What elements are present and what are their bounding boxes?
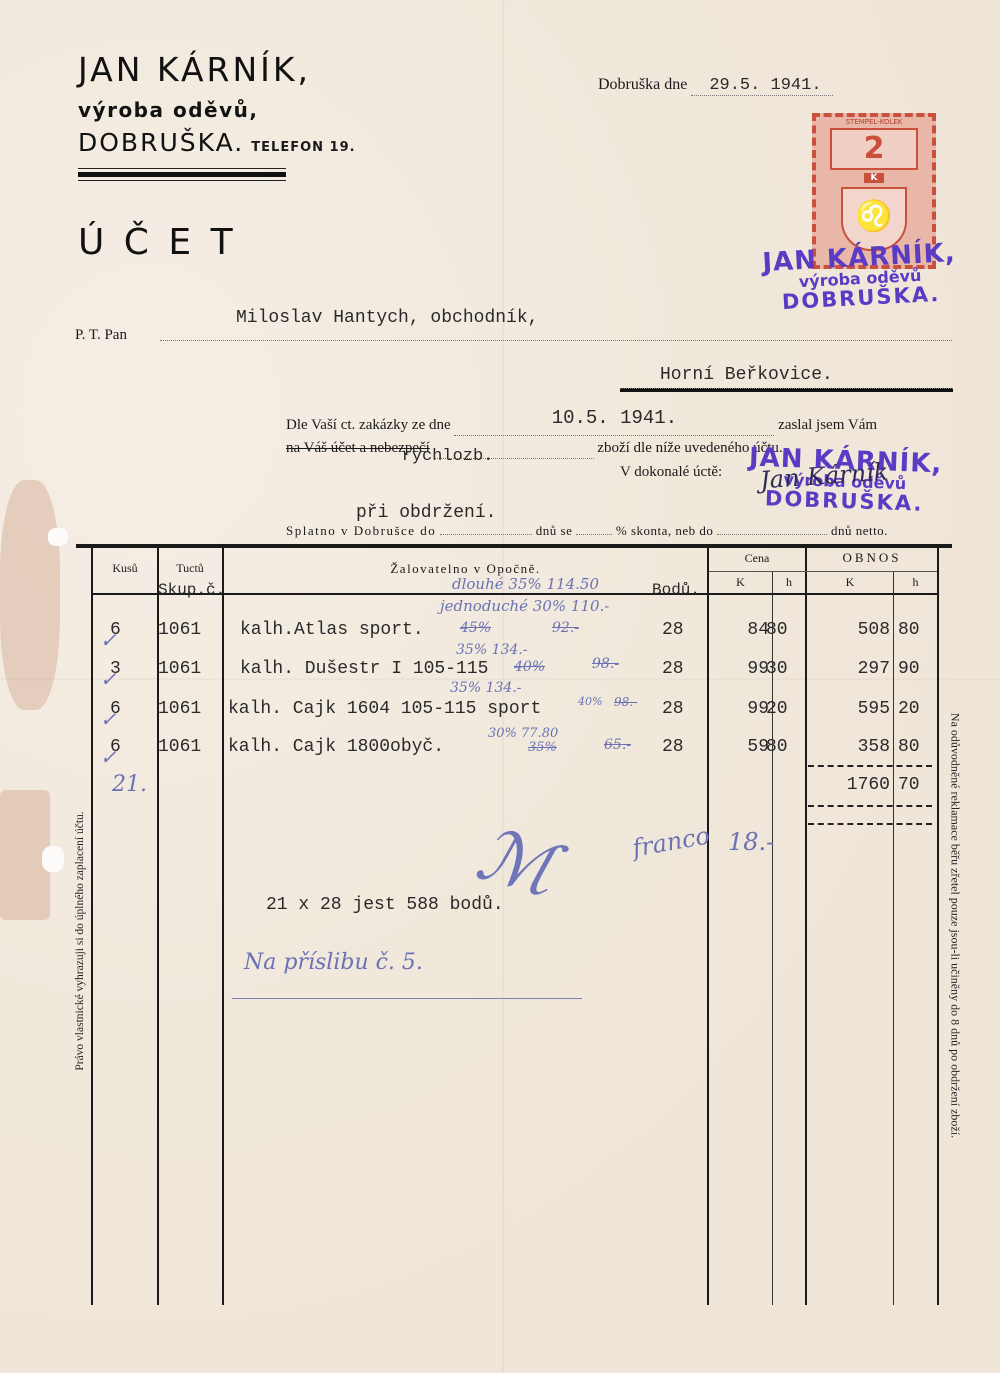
row-note: 35% 134.- bbox=[450, 680, 521, 696]
row-total-crowns: 297 bbox=[807, 659, 890, 679]
terms-part3: % skonta, neb do bbox=[616, 523, 714, 538]
row-note: 35% bbox=[528, 740, 557, 755]
shipping-method: rychlozb. bbox=[402, 447, 494, 466]
date-value: 29.5. 1941. bbox=[691, 76, 833, 96]
revenue-stamp-unit: K bbox=[864, 173, 884, 183]
letterhead-company: JAN KÁRNÍK, bbox=[78, 50, 311, 89]
row-description: kalh. Cajk 1604 105-115 sport bbox=[228, 699, 541, 719]
row-code: 1061 bbox=[158, 737, 201, 757]
letterhead-rule bbox=[78, 180, 286, 181]
row-price-crowns: 99 bbox=[709, 659, 769, 679]
checkmark-icon: ✓ bbox=[100, 667, 117, 691]
header-total: OBNOS bbox=[807, 550, 937, 566]
sum-hellers: 70 bbox=[898, 775, 920, 795]
recipient-name: Miloslav Hantych, obchodník, bbox=[236, 308, 538, 328]
row-points: 28 bbox=[662, 737, 684, 757]
col-line bbox=[91, 548, 93, 1305]
recipient-line bbox=[160, 340, 952, 341]
header-total-hellers: h bbox=[894, 575, 937, 590]
payment-terms: Splatno v Dobrušce do dnů se % skonta, n… bbox=[286, 523, 888, 539]
handwritten-note: Na příslibu č. 5. bbox=[244, 950, 423, 975]
recipient-place-rule bbox=[620, 388, 953, 392]
table-top-rule bbox=[76, 544, 952, 548]
order-line-2: na Váš účet a nebezpečí rychlozb. zboží … bbox=[286, 439, 783, 459]
letterhead-rule bbox=[78, 172, 286, 177]
paper-tear bbox=[48, 528, 68, 546]
letterhead-phone: TELEFON 19. bbox=[251, 140, 355, 155]
handwritten-franco: franco bbox=[630, 821, 712, 862]
row-note: 65.- bbox=[604, 737, 631, 753]
price-header-divider bbox=[709, 571, 937, 572]
header-total-crowns: K bbox=[807, 575, 893, 590]
paper-stain bbox=[0, 480, 60, 710]
checkmark-icon: ✓ bbox=[100, 628, 117, 652]
row-note: 98.- bbox=[592, 656, 619, 672]
row-total-crowns: 358 bbox=[807, 737, 890, 757]
row-price-crowns: 84 bbox=[709, 620, 769, 640]
order-line-1: Dle Vaší ct. zakázky ze dne 10.5. 1941. … bbox=[286, 413, 954, 436]
header-code: Tuctů bbox=[159, 561, 221, 576]
terms-part1: Splatno v Dobrušce do bbox=[286, 523, 436, 538]
header-handwritten-note: dlouhé 35% 114.50 bbox=[452, 575, 599, 593]
header-price-crowns: K bbox=[709, 575, 772, 590]
row-price-hellers: 20 bbox=[766, 699, 788, 719]
header-price: Cena bbox=[709, 551, 805, 566]
row-note: 35% 134.- bbox=[456, 642, 527, 658]
row-code: 1061 bbox=[158, 699, 201, 719]
col-line bbox=[222, 548, 224, 1305]
row-note: jednoduché 30% 110.- bbox=[440, 597, 609, 615]
row-description: kalh.Atlas sport. bbox=[240, 620, 424, 640]
row-points: 28 bbox=[662, 620, 684, 640]
revenue-stamp-header: STEMPEL-KOLEK bbox=[816, 118, 932, 126]
row-note: 98.- bbox=[614, 695, 637, 709]
row-total-hellers: 20 bbox=[898, 699, 920, 719]
row-note: 40% bbox=[578, 695, 602, 708]
paper-tear bbox=[42, 846, 64, 872]
col-line-thin bbox=[893, 572, 894, 1305]
terms-discount-field bbox=[576, 534, 612, 535]
header-code-typed: Skup.č. bbox=[158, 581, 225, 599]
checkmark-icon: ✓ bbox=[100, 707, 117, 731]
row-total-crowns: 595 bbox=[807, 699, 890, 719]
revenue-stamp-frame: 2 bbox=[830, 128, 918, 170]
order-suffix: zaslal jsem Vám bbox=[778, 417, 877, 433]
checkmark-icon: ✓ bbox=[100, 745, 117, 769]
recipient-place: Horní Beřkovice. bbox=[660, 365, 833, 385]
col-line-thin bbox=[772, 572, 773, 1305]
row-price-crowns: 99 bbox=[709, 699, 769, 719]
row-price-hellers: 80 bbox=[766, 620, 788, 640]
handwritten-qty-total: 21. bbox=[112, 772, 147, 797]
row-points: 28 bbox=[662, 699, 684, 719]
revenue-stamp-value: 2 bbox=[864, 131, 885, 166]
company-stamp-top: JAN KÁRNÍK, výroba oděvů DOBRUŠKA. bbox=[743, 237, 976, 316]
header-qty: Kusů bbox=[93, 561, 157, 576]
letterhead-city: DOBRUŠKA. TELEFON 19. bbox=[78, 128, 356, 157]
row-description: kalh. Dušestr I 105-115 bbox=[240, 659, 488, 679]
terms-days-field bbox=[440, 534, 532, 535]
letterhead-city-name: DOBRUŠKA. bbox=[78, 128, 244, 157]
order-date: 10.5. 1941. bbox=[552, 407, 677, 429]
row-note: 40% bbox=[514, 659, 545, 675]
left-vertical-note: Právo vlastnické vyhrazuji si do úplného… bbox=[74, 756, 86, 1126]
recipient-label: P. T. Pan bbox=[75, 327, 127, 344]
closing-text: V dokonalé úctě: bbox=[620, 464, 722, 481]
sum-rule bbox=[808, 765, 932, 767]
date-line: Dobruška dne 29.5. 1941. bbox=[598, 76, 850, 96]
order-date-field: 10.5. 1941. bbox=[454, 413, 774, 436]
header-price-hellers: h bbox=[773, 575, 805, 590]
row-total-crowns: 508 bbox=[807, 620, 890, 640]
row-note: 92.- bbox=[552, 620, 579, 636]
points-summary: 21 x 28 jest 588 bodů. bbox=[266, 895, 504, 915]
handwritten-price: 18.- bbox=[728, 828, 774, 856]
order-prefix: Dle Vaší ct. zakázky ze dne bbox=[286, 417, 451, 433]
handwritten-underline bbox=[232, 998, 582, 999]
terms-part2: dnů se bbox=[536, 523, 573, 538]
col-line bbox=[937, 548, 939, 1305]
header-points: Bodů. bbox=[652, 581, 700, 599]
letterhead-rule bbox=[78, 168, 286, 169]
document-title: Ú Č E T bbox=[78, 222, 237, 263]
row-total-hellers: 80 bbox=[898, 737, 920, 757]
row-points: 28 bbox=[662, 659, 684, 679]
row-description: kalh. Cajk 1800obyč. bbox=[228, 737, 444, 757]
row-total-hellers: 90 bbox=[898, 659, 920, 679]
date-label: Dobruška dne bbox=[598, 76, 687, 93]
sum-rule bbox=[808, 823, 932, 825]
letterhead-trade: výroba oděvů, bbox=[78, 98, 258, 122]
row-price-crowns: 59 bbox=[709, 737, 769, 757]
row-total-hellers: 80 bbox=[898, 620, 920, 640]
row-code: 1061 bbox=[158, 620, 201, 640]
payment-note: při obdržení. bbox=[356, 503, 496, 523]
row-price-hellers: 80 bbox=[766, 737, 788, 757]
row-price-hellers: 30 bbox=[766, 659, 788, 679]
terms-netto-field bbox=[717, 534, 827, 535]
row-note: 45% bbox=[460, 620, 491, 636]
sum-rule bbox=[808, 805, 932, 807]
terms-part4: dnů netto. bbox=[831, 523, 888, 538]
right-vertical-note: Na odůvodněné reklamace běřu zřetel pouz… bbox=[948, 636, 963, 1216]
row-note: 30% 77.80 bbox=[488, 726, 558, 741]
sum-crowns: 1760 bbox=[807, 775, 890, 795]
shipping-field: rychlozb. bbox=[434, 439, 594, 459]
row-code: 1061 bbox=[158, 659, 201, 679]
